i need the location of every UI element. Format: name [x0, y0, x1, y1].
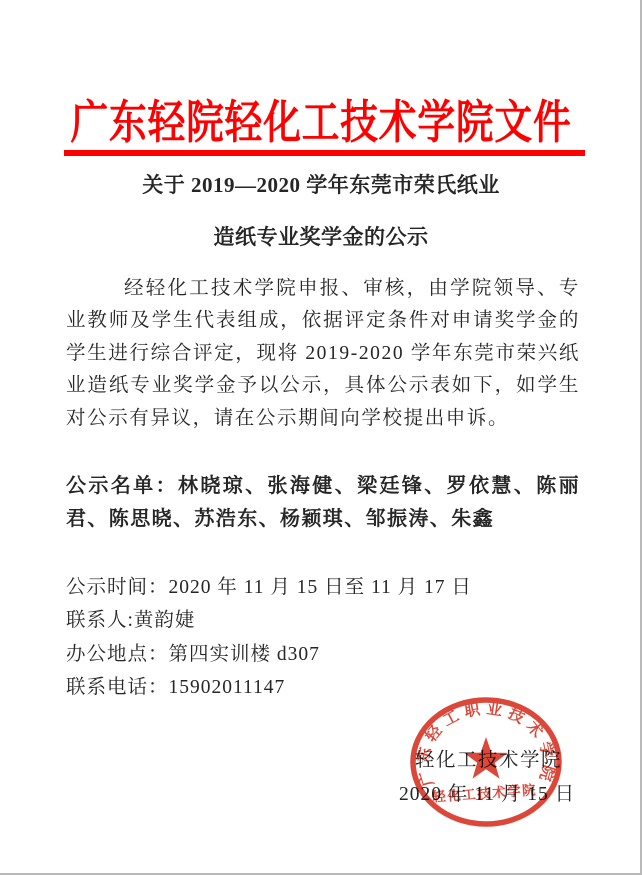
stamp-inner-text: 轻化工技术学院 — [431, 781, 538, 804]
publicity-time: 公示时间：2020 年 11 月 15 日至 11 月 17 日 — [66, 571, 546, 604]
letterhead-separator-line — [64, 150, 585, 156]
contact-block: 公示时间：2020 年 11 月 15 日至 11 月 17 日 联系人:黄韵婕… — [66, 571, 546, 705]
contact-person: 联系人:黄韵婕 — [66, 604, 546, 637]
stamp-star-icon — [464, 737, 508, 779]
office-location: 办公地点：第四实训楼 d307 — [66, 638, 546, 671]
body-paragraph: 经轻化工技术学院申报、审核，由学院领导、专业教师及学生代表组成，依据评定条件对申… — [66, 273, 580, 435]
document-page: 广东轻院轻化工技术学院文件 关于 2019—2020 学年东莞市荣氏纸业 造纸专… — [0, 0, 642, 875]
official-stamp-seal: 广东轻工职业技术学院 轻化工技术学院 — [406, 692, 566, 832]
doc-title-line2: 造纸专业奖学金的公示 — [0, 221, 642, 251]
doc-title-line1: 关于 2019—2020 学年东莞市荣氏纸业 — [0, 169, 642, 199]
letterhead-title: 广东轻院轻化工技术学院文件 — [58, 86, 584, 152]
publicity-name-list: 公示名单：林晓琼、张海健、梁廷锋、罗依慧、陈丽君、陈思晓、苏浩东、杨颖琪、邹振涛… — [66, 470, 580, 535]
